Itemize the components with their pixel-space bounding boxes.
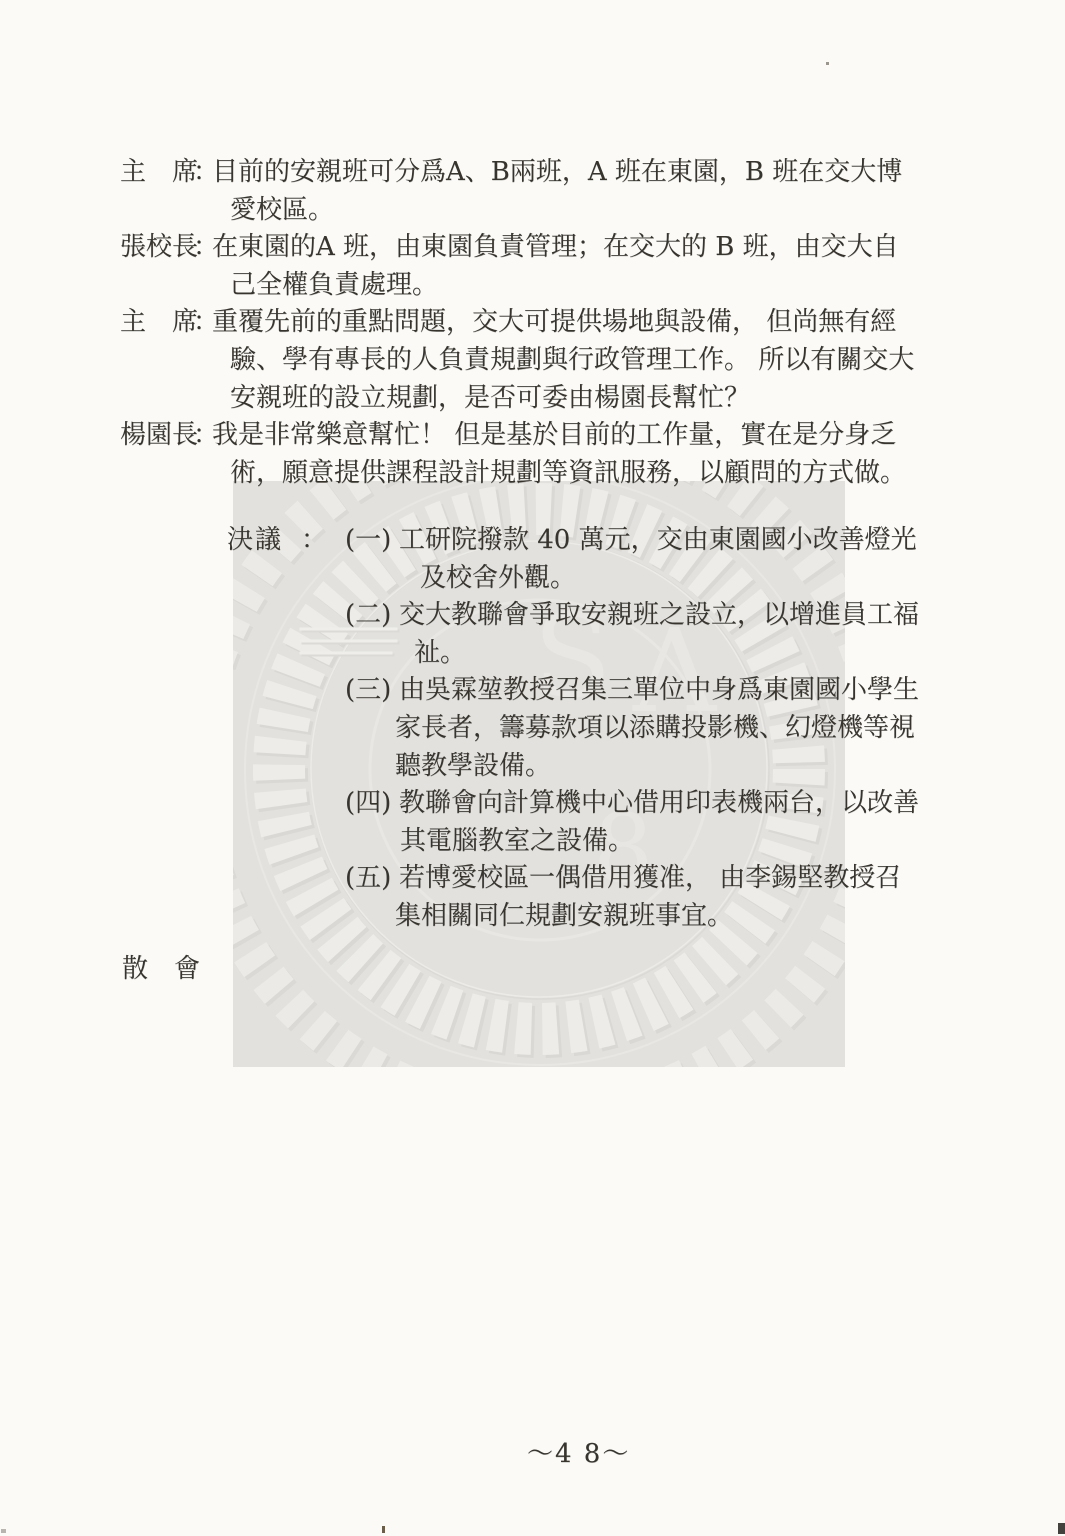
scan-speck [826, 62, 829, 65]
dialogue-line: 驗、學有專長的人負責規劃與行政管理工作。 所以有關交大 [230, 346, 914, 376]
resolution-line: 祉。 [414, 639, 466, 669]
dialogue-line: 我是非常樂意幫忙！ 但是基於目前的工作量，實在是分身乏 [212, 421, 896, 451]
item-number: (三) [345, 676, 391, 706]
item-number: (一) [345, 526, 391, 556]
dialogue-line: 重覆先前的重點問題，交大可提供場地與設備， 但尚無有經 [212, 308, 896, 338]
dialogue-line: 愛校區。 [230, 196, 334, 226]
dialogue-line: 目前的安親班可分爲A、B兩班，A 班在東園，B 班在交大博 [212, 158, 902, 188]
speaker-label: 主 席 [120, 158, 198, 188]
closing-label: 散 會 [122, 955, 200, 985]
resolution-line: 教聯會向計算機中心借用印表機兩台，以改善 [399, 789, 919, 819]
resolution-line: 其電腦教室之設備。 [400, 827, 634, 857]
scan-speck [1058, 1523, 1065, 1534]
resolution-line: 集相關同仁規劃安親班事宜。 [395, 902, 733, 932]
dialogue-line: 安親班的設立規劃，是否可委由楊園長幫忙？ [230, 384, 750, 414]
scan-speck [382, 1526, 385, 1533]
resolutions-colon: ： [301, 526, 327, 556]
dialogue-line: 在東園的A 班，由東園負責管理；在交大的 B 班，由交大自 [212, 233, 899, 263]
speaker-label: 主 席 [120, 308, 198, 338]
resolution-line: 聽教學設備。 [395, 752, 551, 782]
dialogue-line: 術，願意提供課程設計規劃等資訊服務，以顧問的方式做。 [230, 459, 906, 489]
resolution-line: 工研院撥款 40 萬元，交由東園國小改善燈光 [399, 526, 917, 556]
scan-speck [1, 1529, 6, 1533]
speaker-label: 張校長 [120, 233, 198, 263]
dialogue-line: 己全權負責處理。 [230, 271, 438, 301]
resolution-line: 及校舍外觀。 [420, 564, 576, 594]
resolutions-label: 決議 [227, 526, 283, 556]
speaker-label: 楊園長 [120, 421, 198, 451]
resolution-line: 若博愛校區一偶借用獲准， 由李錫堅教授召 [399, 864, 901, 894]
item-number: (五) [345, 864, 391, 894]
resolution-line: 家長者，籌募款項以添購投影機、幻燈機等視 [395, 714, 915, 744]
page-number: ～4 8～ [527, 1440, 630, 1470]
document-page: S A 8 散 會 ～4 8～ 主 席：目前的安親班可分爲A、B兩班，A 班在東… [0, 0, 1065, 1536]
item-number: (二) [345, 601, 391, 631]
resolution-line: 交大教聯會爭取安親班之設立，以增進員工福 [399, 601, 919, 631]
item-number: (四) [345, 789, 391, 819]
resolution-line: 由吳霖堃教授召集三單位中身爲東園國小學生 [399, 676, 919, 706]
